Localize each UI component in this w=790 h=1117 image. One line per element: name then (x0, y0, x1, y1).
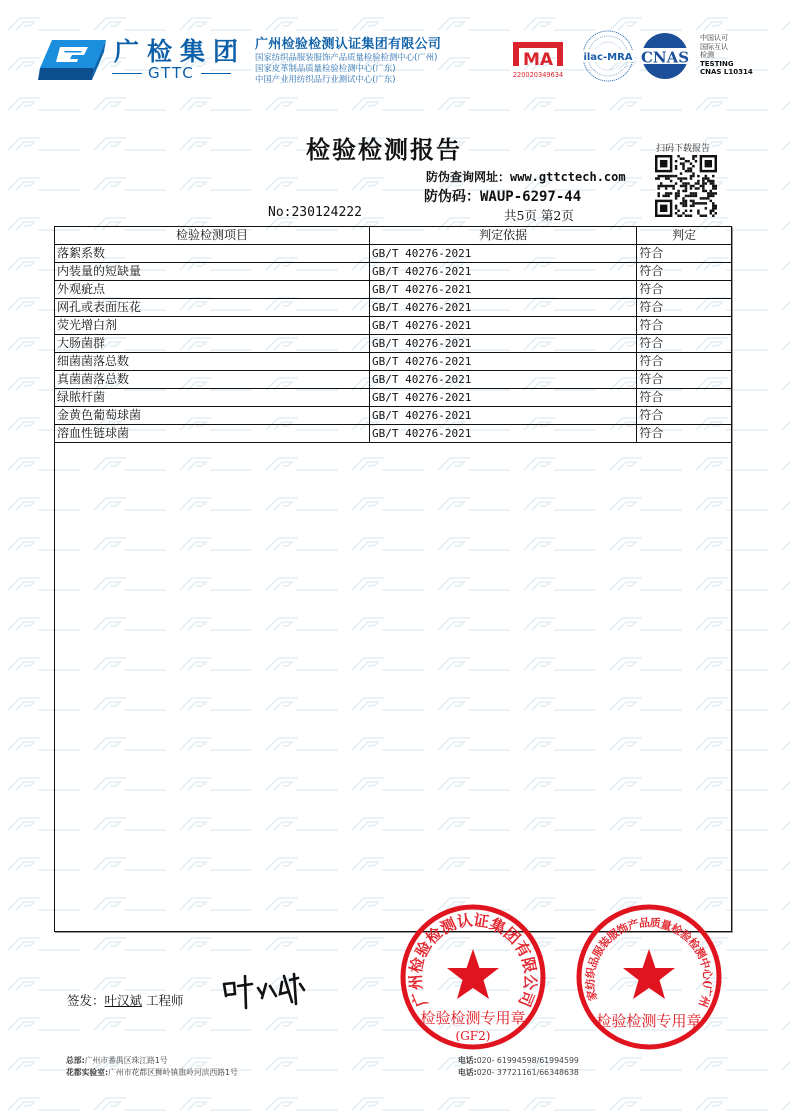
verdict-cell: 符合 (637, 245, 731, 263)
cnas-line-5: CNAS L10314 (700, 68, 753, 76)
cma-logo-icon: MA 220020349634 (507, 36, 569, 80)
qr-label: 扫码下载报告 (656, 141, 710, 154)
hq-address: 广州市番禺区珠江路1号 (85, 1056, 168, 1065)
item-cell: 内装量的短缺量 (55, 263, 370, 281)
item-cell: 真菌菌落总数 (55, 371, 370, 389)
table-row: 细菌菌落总数GB/T 40276-2021符合 (55, 353, 731, 371)
header-item: 检验检测项目 (55, 227, 370, 245)
verdict-cell: 符合 (637, 281, 731, 299)
item-cell: 金黄色葡萄球菌 (55, 407, 370, 425)
hq-label: 总部: (66, 1056, 85, 1065)
seal2-ring-text: 国家纺织品服装服饰产品质量检验检测中心(广州) (574, 902, 715, 1009)
standard-cell: GB/T 40276-2021 (370, 335, 637, 353)
cnas-line-1: 中国认可 (700, 34, 753, 43)
cnas-line-2: 国际互认 (700, 43, 753, 52)
item-cell: 溶血性链球菌 (55, 425, 370, 443)
cnas-line-3: 检测 (700, 51, 753, 60)
table-header-row: 检验检测项目 判定依据 判定 (55, 227, 731, 245)
hq-phone-label: 电话: (458, 1056, 477, 1065)
standard-cell: GB/T 40276-2021 (370, 299, 637, 317)
item-cell: 荧光增白剂 (55, 317, 370, 335)
report-title: 检验检测报告 (306, 130, 462, 165)
table-row: 大肠菌群GB/T 40276-2021符合 (55, 335, 731, 353)
cnas-text: CNAS (641, 49, 689, 67)
standard-cell: GB/T 40276-2021 (370, 371, 637, 389)
verdict-cell: 符合 (637, 317, 731, 335)
lab-label: 花都实验室: (66, 1068, 108, 1077)
verdict-cell: 符合 (637, 299, 731, 317)
table-row: 外观疵点GB/T 40276-2021符合 (55, 281, 731, 299)
logo-english-name: GTTC (112, 64, 231, 82)
standard-cell: GB/T 40276-2021 (370, 425, 637, 443)
table-row: 荧光增白剂GB/T 40276-2021符合 (55, 317, 731, 335)
official-seal-textile-center: 国家纺织品服装服饰产品质量检验检测中心(广州) 检验检测专用章 (574, 902, 724, 1052)
lab-phone: 020- 37721161/66348638 (477, 1068, 579, 1077)
item-cell: 落絮系数 (55, 245, 370, 263)
sub-center-3: 中国产业用纺织品行业测试中心(广东) (255, 74, 441, 85)
handwritten-signature-icon (218, 972, 308, 1012)
seal1-center-text: 检验检测专用章 (420, 1009, 525, 1027)
table-row: 溶血性链球菌GB/T 40276-2021符合 (55, 425, 731, 443)
verify-url: 防伪查询网址：www.gttctech.com (426, 168, 626, 185)
seal2-center-text: 检验检测专用章 (596, 1012, 701, 1030)
standard-cell: GB/T 40276-2021 (370, 389, 637, 407)
verdict-cell: 符合 (637, 371, 731, 389)
cnas-accreditation-text: 中国认可 国际互认 检测 TESTING CNAS L10314 (700, 34, 753, 77)
results-table-frame: 检验检测项目 判定依据 判定 落絮系数GB/T 40276-2021符合内装量的… (54, 226, 732, 932)
cnas-line-4: TESTING (700, 60, 734, 68)
standard-cell: GB/T 40276-2021 (370, 263, 637, 281)
hq-phone: 020- 61994598/61994599 (477, 1056, 579, 1065)
svg-text:国家纺织品服装服饰产品质量检验检测中心(广州): 国家纺织品服装服饰产品质量检验检测中心(广州) (574, 902, 715, 1009)
lab-address: 广州市花都区狮岭镇旗岭河滨西路1号 (108, 1068, 238, 1077)
logo-english-text: GTTC (148, 64, 195, 82)
seal1-code: (GF2) (456, 1029, 491, 1043)
header-verdict: 判定 (637, 227, 731, 245)
issuer-title: 工程师 (146, 993, 184, 1008)
standard-cell: GB/T 40276-2021 (370, 407, 637, 425)
verdict-cell: 符合 (637, 389, 731, 407)
results-table: 检验检测项目 判定依据 判定 落絮系数GB/T 40276-2021符合内装量的… (55, 227, 731, 443)
item-cell: 网孔或表面压花 (55, 299, 370, 317)
qr-code-icon[interactable] (655, 155, 717, 217)
table-row: 网孔或表面压花GB/T 40276-2021符合 (55, 299, 731, 317)
header-standard: 判定依据 (370, 227, 637, 245)
footer-phones: 电话:020- 61994598/61994599 电话:020- 377211… (458, 1055, 579, 1079)
issuer-block: 签发：叶汉斌 工程师 (67, 991, 184, 1009)
verdict-cell: 符合 (637, 263, 731, 281)
verdict-cell: 符合 (637, 335, 731, 353)
ilac-text: ilac-MRA (583, 52, 632, 63)
standard-cell: GB/T 40276-2021 (370, 281, 637, 299)
svg-text:MA: MA (523, 50, 554, 70)
table-row: 内装量的短缺量GB/T 40276-2021符合 (55, 263, 731, 281)
sub-center-2: 国家皮革制品质量检验检测中心(广东) (255, 63, 441, 74)
company-block: 广州检验检测认证集团有限公司 国家纺织品服装服饰产品质量检验检测中心(广州) 国… (255, 33, 441, 85)
verdict-cell: 符合 (637, 425, 731, 443)
item-cell: 大肠菌群 (55, 335, 370, 353)
issuer-name: 叶汉斌 (105, 993, 143, 1008)
ilac-mra-logo-icon: ilac-MRA (581, 29, 635, 83)
footer-addresses: 总部:广州市番禺区珠江路1号 花都实验室:广州市花都区狮岭镇旗岭河滨西路1号 (66, 1055, 238, 1079)
verify-code: 防伪码：WAUP-6297-44 (424, 186, 581, 206)
company-name: 广州检验检测认证集团有限公司 (255, 33, 441, 52)
verdict-cell: 符合 (637, 407, 731, 425)
official-seal-gttc: 广州检验检测认证集团有限公司 检验检测专用章 (GF2) (398, 902, 548, 1052)
logo-rule-left (112, 73, 142, 74)
table-row: 落絮系数GB/T 40276-2021符合 (55, 245, 731, 263)
item-cell: 外观疵点 (55, 281, 370, 299)
cma-number: 220020349634 (513, 71, 563, 79)
item-cell: 细菌菌落总数 (55, 353, 370, 371)
item-cell: 绿脓杆菌 (55, 389, 370, 407)
cnas-logo-icon: CNAS (637, 31, 693, 81)
page-info: 共5页 第2页 (504, 206, 574, 224)
standard-cell: GB/T 40276-2021 (370, 245, 637, 263)
table-row: 金黄色葡萄球菌GB/T 40276-2021符合 (55, 407, 731, 425)
gttc-logo-icon (38, 38, 106, 82)
table-row: 真菌菌落总数GB/T 40276-2021符合 (55, 371, 731, 389)
report-number: No:230124222 (268, 205, 362, 220)
verdict-cell: 符合 (637, 353, 731, 371)
table-row: 绿脓杆菌GB/T 40276-2021符合 (55, 389, 731, 407)
logo-chinese-name: 广检集团 (114, 32, 246, 68)
issuer-label: 签发： (67, 993, 105, 1008)
lab-phone-label: 电话: (458, 1068, 477, 1077)
standard-cell: GB/T 40276-2021 (370, 317, 637, 335)
logo-rule-right (201, 73, 231, 74)
sub-center-1: 国家纺织品服装服饰产品质量检验检测中心(广州) (255, 52, 441, 63)
standard-cell: GB/T 40276-2021 (370, 353, 637, 371)
